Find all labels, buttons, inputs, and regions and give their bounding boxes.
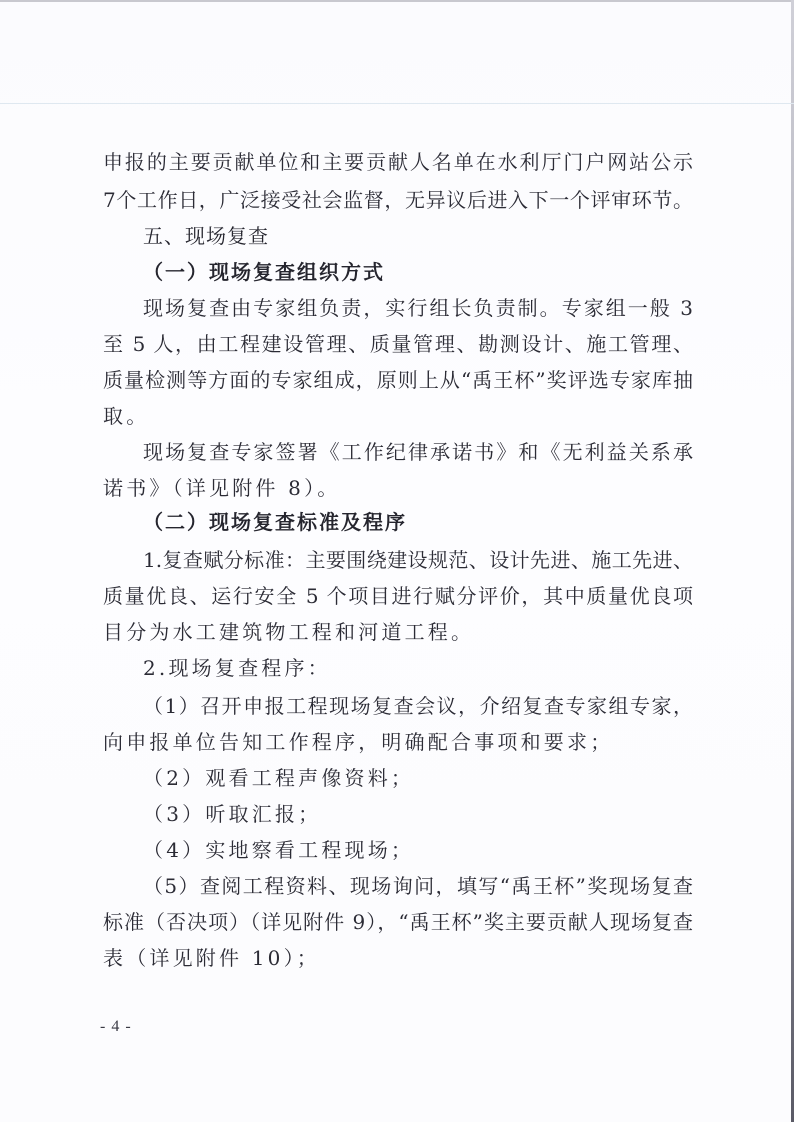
paragraph-line: 目分为水工建筑物工程和河道工程。 [103,614,693,650]
list-item-continuation: 向申报单位告知工作程序，明确配合事项和要求； [103,724,693,760]
paragraph-line: 质量检测等方面的专家组成，原则上从“禹王杯”奖评选专家库抽 [103,362,693,398]
paragraph-line: 现场复查由专家组负责，实行组长负责制。专家组一般 3 [143,290,693,326]
paragraph-line: 诺书》（详见附件 8）。 [103,470,693,506]
paragraph-line: 7个工作日，广泛接受社会监督，无异议后进入下一个评审环节。 [103,182,693,218]
paragraph-line: 申报的主要贡献单位和主要贡献人名单在水利厅门户网站公示 [103,144,693,180]
paragraph-line: 至 5 人，由工程建设管理、质量管理、勘测设计、施工管理、 [103,326,693,362]
subsection-heading: （一）现场复查组织方式 [143,254,733,290]
scan-edge-top [0,0,794,2]
list-item: （4）实地察看工程现场； [143,832,693,868]
paragraph-line: 现场复查专家签署《工作纪律承诺书》和《无利益关系承 [143,434,693,470]
paragraph-line: 质量优良、运行安全 5 个项目进行赋分评价，其中质量优良项 [103,578,693,614]
scan-artifact-line [0,103,794,104]
list-item-continuation: 表（详见附件 10）； [103,940,693,976]
page-number: - 4 - [100,1018,132,1036]
list-item: （5）查阅工程资料、现场询问，填写“禹王杯”奖现场复查 [143,868,693,904]
list-item: （1）召开申报工程现场复查会议，介绍复查专家组专家， [143,688,693,724]
document-page: 申报的主要贡献单位和主要贡献人名单在水利厅门户网站公示 7个工作日，广泛接受社会… [0,0,794,1122]
list-item-continuation: 标准（否决项）（详见附件 9），“禹王杯”奖主要贡献人现场复查 [103,904,693,940]
paragraph-line: 取。 [103,398,693,434]
list-item: （2）观看工程声像资料； [143,760,693,796]
section-heading: 五、现场复查 [143,218,733,254]
paragraph-line: 1.复查赋分标准：主要围绕建设规范、设计先进、施工先进、 [143,542,693,578]
subsection-heading: （二）现场复查标准及程序 [143,504,733,540]
paragraph-line: 2.现场复查程序： [143,650,693,686]
list-item: （3）听取汇报； [143,796,693,832]
